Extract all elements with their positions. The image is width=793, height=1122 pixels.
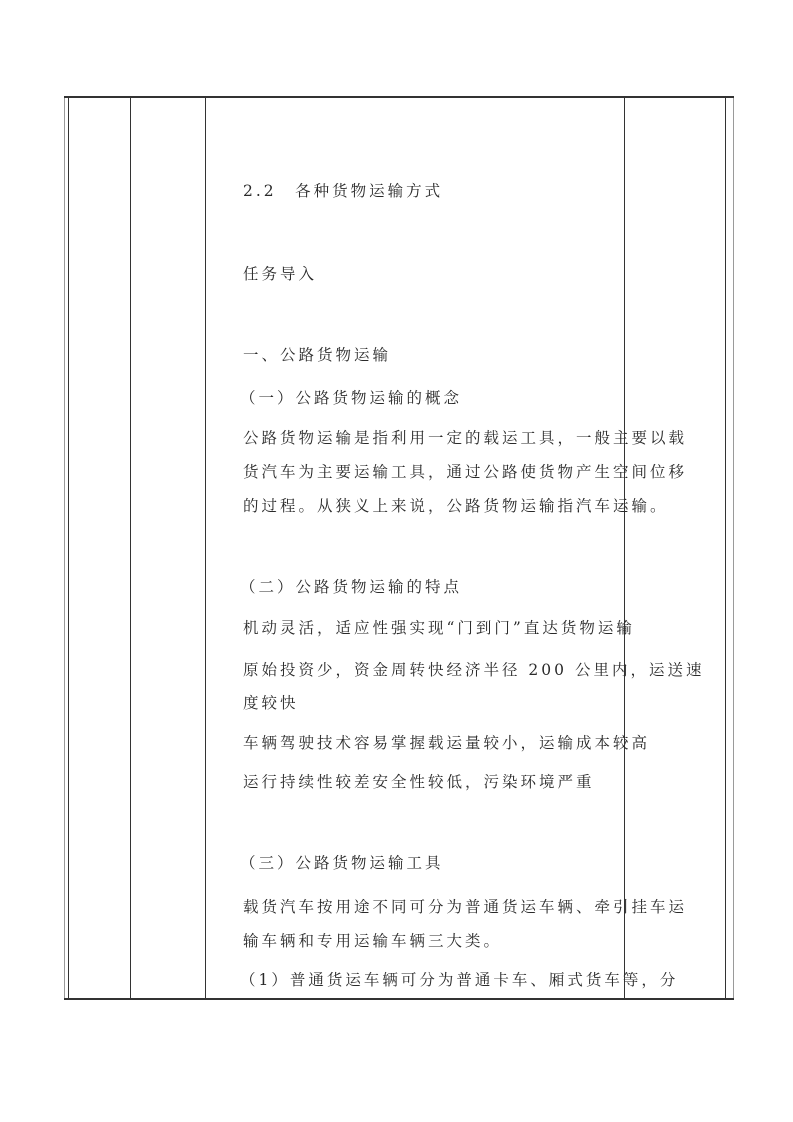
subheading-tools: （三）公路货物运输工具 [240,853,444,873]
table-border-left-outer [64,97,65,1000]
column-divider-1 [130,97,131,1000]
column-divider-3 [624,97,625,1000]
table-border-top [64,96,734,98]
feature-item-2: 原始投资少，资金周转快经济半径 200 公里内，运送速 [243,660,704,680]
table-border-right-inner [725,97,726,1000]
table-border-bottom [64,998,734,1000]
table-border-right-outer [733,97,734,1000]
feature-item-1: 机动灵活，适应性强实现“门到门”直达货物运输 [243,618,635,638]
heading-road-freight: 一、公路货物运输 [243,345,391,365]
concept-line-1: 公路货物运输是指利用一定的载运工具，一般主要以载 [243,428,687,448]
table-border-left-inner [68,97,69,1000]
column-divider-2 [205,97,206,1000]
feature-item-3: 车辆驾驶技术容易掌握载运量较小，运输成本较高 [243,733,650,753]
tools-line-2: 输车辆和专用运输车辆三大类。 [243,931,502,951]
subheading-concept: （一）公路货物运输的概念 [240,388,462,408]
task-intro-heading: 任务导入 [243,264,317,284]
tools-line-1: 载货汽车按用途不同可分为普通货运车辆、牵引挂车运 [243,897,687,917]
section-title: 2.2 各种货物运输方式 [243,181,443,201]
subheading-features: （二）公路货物运输的特点 [240,577,462,597]
feature-item-4: 运行持续性较差安全性较低，污染环境严重 [243,772,595,792]
tools-item-1: （1）普通货运车辆可分为普通卡车、厢式货车等，分 [240,970,678,990]
concept-line-3: 的过程。从狭义上来说，公路货物运输指汽车运输。 [243,496,669,516]
concept-line-2: 货汽车为主要运输工具，通过公路使货物产生空间位移 [243,462,687,482]
feature-item-2-cont: 度较快 [243,693,299,713]
